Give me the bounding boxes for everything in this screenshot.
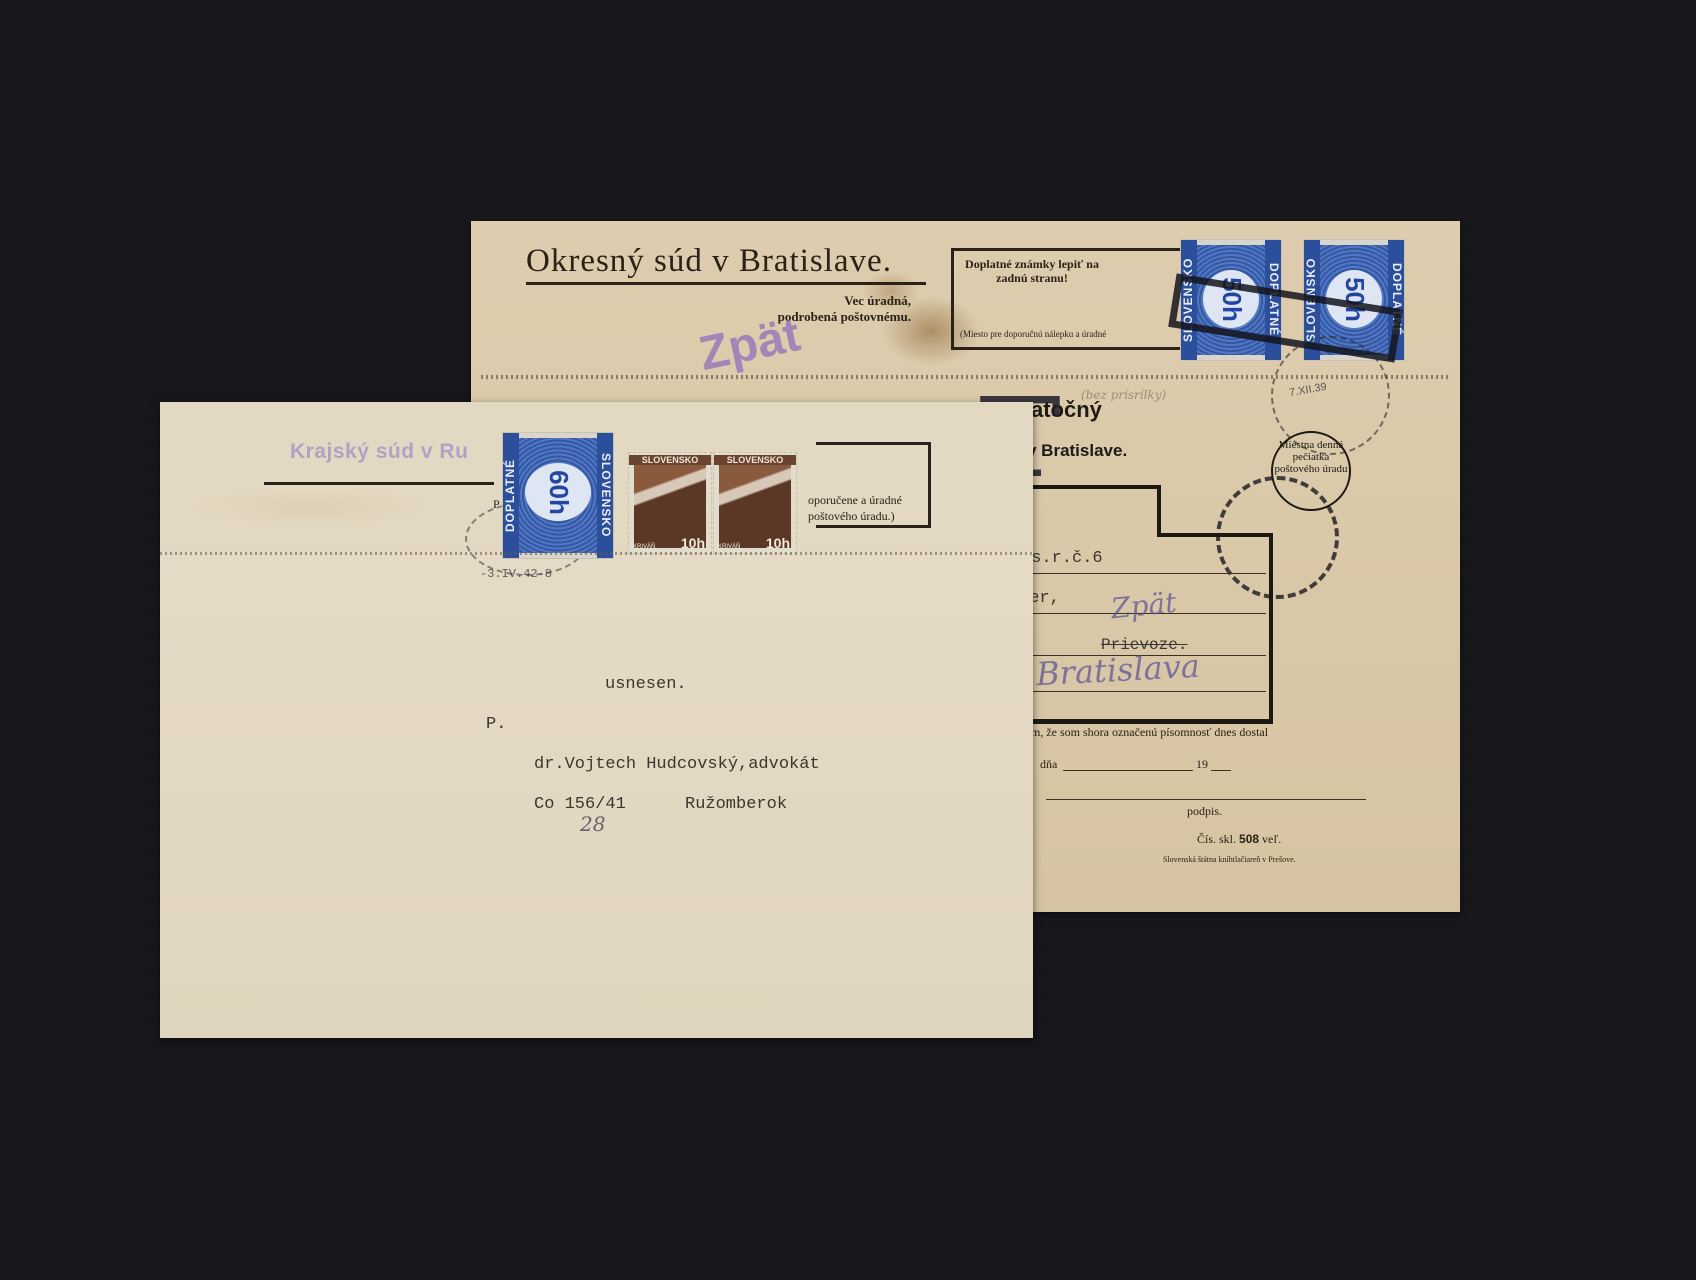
stamp-subject: KRIVÁŇ <box>633 544 655 550</box>
handwritten-note: 28 <box>580 812 605 836</box>
stamp-value: 10h <box>681 535 705 551</box>
definitive-stamp: SLOVENSKO KRIVÁŇ 10h <box>713 452 797 554</box>
date-year: 19 <box>1196 757 1208 772</box>
perforation-line <box>160 552 1033 555</box>
stamp-country: SLOVENSKO <box>714 455 796 465</box>
form-frame-line <box>1157 485 1161 537</box>
postmark-date: -3.IV.42-8 <box>480 567 552 581</box>
form-number: Čís. skl. 508 veľ. <box>1197 832 1281 847</box>
signature-label: podpis. <box>1187 804 1222 819</box>
registration-box-line-2: poštového úradu.) <box>808 508 902 524</box>
postage-box-note: (Miesto pre doporučnú nálepku a úradné <box>960 329 1106 339</box>
title-underline <box>526 282 926 285</box>
stamp-subject: KRIVÁŇ <box>718 544 740 550</box>
stamp-value: 60h <box>543 470 574 515</box>
registration-box-line-1: oporučene a úradné <box>808 492 902 508</box>
typed-city: Ružomberok <box>685 795 787 814</box>
form-frame-line <box>1269 533 1273 723</box>
postage-due-stamp: DOPLATNÉ SLOVENSKO 60h <box>502 432 614 559</box>
date-label: dňa <box>1040 757 1057 772</box>
stamp-country: SLOVENSKO <box>629 455 711 465</box>
stamp-value: 10h <box>766 535 790 551</box>
form-frame-line <box>1157 533 1273 537</box>
stamp-value-oval: 60h <box>525 463 591 521</box>
date-line <box>1063 770 1193 771</box>
definitive-stamp: SLOVENSKO KRIVÁŇ 10h <box>628 452 712 554</box>
stamp-country: SLOVENSKO <box>597 433 613 558</box>
typed-p: P. <box>486 715 506 734</box>
typed-heading: usnesen. <box>605 675 687 694</box>
front-envelope: Krajský súd v Ru P oporučene a úradné po… <box>160 402 1033 1038</box>
typed-address-line: es.r.č.6 <box>1021 549 1103 568</box>
postage-box-text: Doplatné známky lepiť na zadnú stranu! <box>962 257 1102 285</box>
typed-recipient: dr.Vojtech Hudcovský,advokát <box>534 755 820 774</box>
sender-stamp: Krajský súd v Ru <box>290 440 468 464</box>
stamp-type: DOPLATNÉ <box>503 433 519 558</box>
receipt-statement: m, že som shora označenú písomnosť dnes … <box>1031 725 1268 740</box>
official-note-line-1: Vec úradná, <box>721 293 911 309</box>
signature-line <box>1046 799 1366 800</box>
form-number-value: 508 <box>1239 832 1259 846</box>
printer-note: Slovenská štátna kníhtlačiareň v Prešove… <box>1163 855 1296 864</box>
form-number-suffix: veľ. <box>1262 832 1281 846</box>
court-title: Okresný súd v Bratislave. <box>526 243 892 280</box>
registration-box-text: oporučene a úradné poštového úradu.) <box>808 492 902 524</box>
return-stamp: Zpät <box>694 307 805 382</box>
sender-underline <box>264 482 494 485</box>
handwritten-city: Bratislava <box>1035 647 1201 694</box>
local-postmark-circle: Miestna denná pečiatka poštového úradu <box>1271 431 1351 511</box>
year-line <box>1211 770 1231 771</box>
form-number-prefix: Čís. skl. <box>1197 832 1236 846</box>
postage-due-box: Doplatné známky lepiť na zadnú stranu! (… <box>951 248 1184 350</box>
handwritten-return: Zpät <box>1109 586 1177 626</box>
